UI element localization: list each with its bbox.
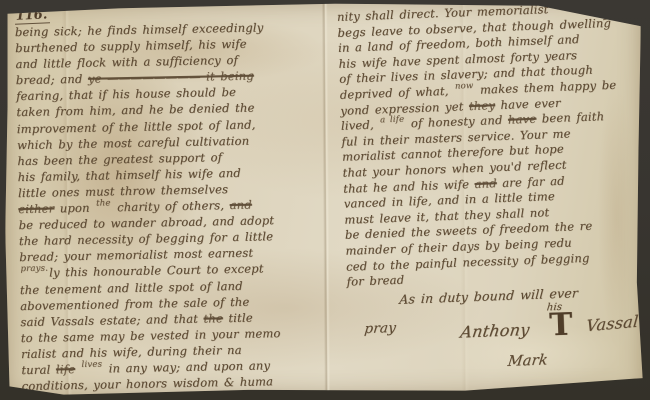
photo-background: 116. 117 being sick; he finds himself ex… <box>0 0 650 400</box>
signature-t-mark: T <box>549 309 573 340</box>
manuscript-text-segment: a life <box>380 115 405 126</box>
manuscript-text-segment: of honesty and <box>405 113 508 131</box>
manuscript-text-segment: the <box>96 198 111 208</box>
manuscript-spread: 116. 117 being sick; he finds himself ex… <box>4 1 644 396</box>
manuscript-text-segment: are far ad <box>496 173 564 189</box>
mark-label: Mark <box>507 352 549 370</box>
left-page-lines: being sick; he finds himself exceedingly… <box>15 19 328 395</box>
manuscript-text-segment <box>75 362 81 376</box>
manuscript-text-segment: upon <box>54 201 95 216</box>
manuscript-text-segment: charity of others, <box>112 198 230 214</box>
manuscript-text-segment: the tenement and little spot of land <box>20 278 243 296</box>
manuscript-text-segment: ly this honourable Court to except <box>49 262 264 280</box>
manuscript-text-segment: title <box>223 310 253 325</box>
signature-first-name: Anthony <box>459 320 531 342</box>
manuscript-text-segment: bread; and <box>16 72 88 87</box>
manuscript-text-segment: and <box>474 176 497 191</box>
manuscript-text-segment: for bread <box>346 273 404 289</box>
manuscript-text-segment: abovementioned from the sale of the <box>20 294 250 312</box>
manuscript-text-segment: in any way; and upon any <box>103 358 270 375</box>
manuscript-text-segment: little ones must throw themselves <box>18 182 228 200</box>
manuscript-text-segment: lived, <box>341 118 380 133</box>
manuscript-text-segment: ye ———————— it being <box>88 69 254 86</box>
manuscript-text-segment: they <box>469 98 496 113</box>
manuscript-text-segment: fearing, that if his house should be <box>16 85 236 103</box>
manuscript-text-segment: his family, that himself his wife and <box>18 166 241 184</box>
manuscript-text-segment: life <box>56 362 75 376</box>
manuscript-text-segment: either <box>18 201 54 216</box>
manuscript-text-segment: the <box>203 311 223 325</box>
manuscript-text-segment: have <box>508 112 537 127</box>
page-number-left: 116. <box>14 8 49 24</box>
manuscript-text-segment: said Vassals estate; and that <box>20 311 203 329</box>
manuscript-text-segment: been faith <box>536 109 604 125</box>
manuscript-text-segment: has been the greatest support of <box>17 150 222 168</box>
signature-block: As in duty bound will ever pray his Anth… <box>347 282 650 397</box>
pray-word: pray <box>364 320 397 337</box>
manuscript-text-segment: and <box>230 198 252 212</box>
right-page-lines: nity shall direct. Your memorialistbegs … <box>337 0 650 290</box>
signature-last-name: Vassal <box>585 311 639 335</box>
right-page: nity shall direct. Your memorialistbegs … <box>337 0 650 397</box>
manuscript-text-segment: have ever <box>495 95 561 111</box>
page-number-right: 117 <box>601 1 633 21</box>
manuscript-text-segment: now <box>455 81 474 92</box>
manuscript-text-segment: lives <box>81 360 102 370</box>
manuscript-text-segment: burthened to supply himself, his wife <box>15 37 247 55</box>
manuscript-text-segment: rialist and his wife, during their na <box>21 343 242 361</box>
manuscript-text-segment: prays. <box>20 264 48 275</box>
manuscript-text-segment: tural <box>21 362 56 377</box>
